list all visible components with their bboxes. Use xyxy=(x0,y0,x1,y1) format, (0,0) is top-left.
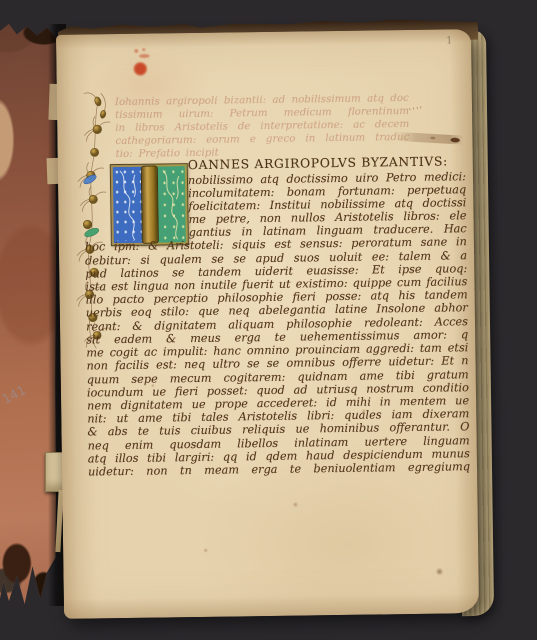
red-wax-stain xyxy=(130,48,152,80)
ink-tick-marks: '''' xyxy=(408,105,424,116)
pencil-shelfmark: 141 xyxy=(0,383,29,408)
foxing-spot xyxy=(409,270,414,275)
foxing-spot xyxy=(361,409,366,414)
foxing-spot xyxy=(292,502,298,508)
foxing-spot xyxy=(435,568,443,576)
text-block: OANNES ARGIROPOLVS BYZANTIVS: nobilissim… xyxy=(84,153,470,478)
manuscript-photo: 141 1 Iohannis argiropoli bizantii: ad n… xyxy=(0,0,537,640)
folio-number: 1 xyxy=(446,35,453,46)
foxing-spot xyxy=(203,548,208,553)
indented-lines: nobilissimo atq doctissimo uiro Petro me… xyxy=(188,170,467,239)
foxing-spot xyxy=(151,384,155,388)
rubric-heading: Iohannis argiropoli bizantii: ad nobilis… xyxy=(115,92,410,161)
manuscript-page: 1 Iohannis argiropoli bizantii: ad nobil… xyxy=(56,29,479,619)
